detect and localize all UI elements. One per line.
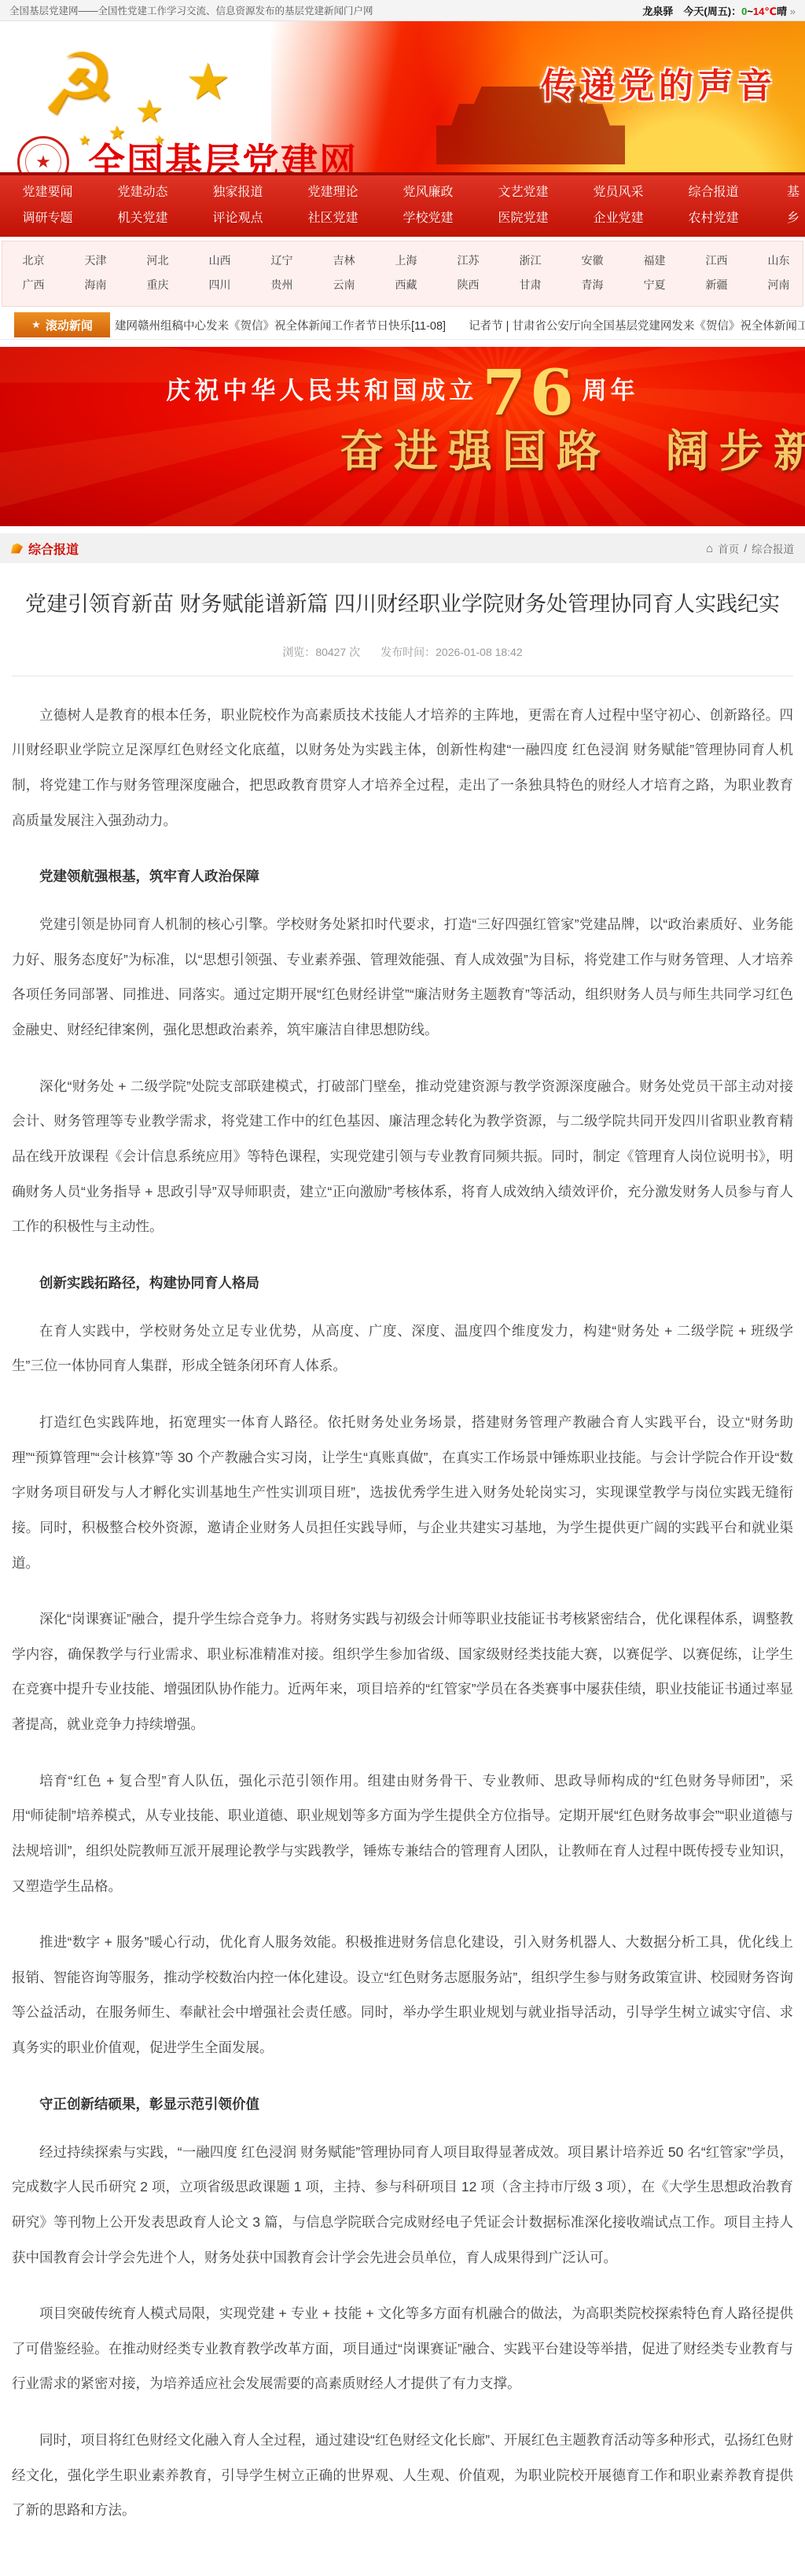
region-link[interactable]: 浙江 bbox=[499, 249, 561, 273]
nav-item[interactable]: 医院党建 bbox=[476, 205, 571, 231]
weather-temp-high: 14℃ bbox=[753, 6, 777, 17]
region-link[interactable]: 青海 bbox=[561, 273, 623, 297]
home-icon: ⌂ bbox=[706, 542, 713, 555]
article-paragraph: 立德树人是教育的根本任务，职业院校作为高素质技术技能人才培养的主阵地，更需在育人… bbox=[12, 698, 793, 838]
site-header: 传递党的声音 ☭ ★ ★ ★ ★ ★ ★ 全国基层党建网 bbox=[0, 21, 805, 172]
article-paragraph: 党建引领是协同育人机制的核心引擎。学校财务处紧扣时代要求，打造“三好四强红管家”… bbox=[12, 907, 793, 1048]
article-paragraph: 深化“财务处 + 二级学院”处院支部联建模式，打破部门壁垒，推动党建资源与教学资… bbox=[12, 1069, 793, 1244]
nav-item[interactable]: 独家报道 bbox=[190, 179, 285, 205]
region-link[interactable]: 吉林 bbox=[313, 249, 375, 273]
region-link[interactable]: 安徽 bbox=[561, 249, 623, 273]
views-unit: 次 bbox=[346, 646, 360, 658]
party-emblem-icon: ★ bbox=[31, 319, 41, 331]
article-container: 党建引领育新苗 财务赋能谱新篇 四川财经职业学院财务处管理协同育人实践纪实 浏览… bbox=[0, 563, 805, 2576]
section-heading: 党建领航强根基，筑牢育人政治保障 bbox=[12, 866, 793, 886]
region-links-panel: 北京天津河北山西辽宁吉林上海江苏浙江安徽福建江西山东 广西海南重庆四川贵州云南西… bbox=[2, 241, 803, 307]
nav-item[interactable]: 企业党建 bbox=[571, 205, 666, 231]
nav-item[interactable]: 社区党建 bbox=[285, 205, 380, 231]
nav-item[interactable]: 农村党建 bbox=[666, 205, 761, 231]
site-logo[interactable]: ☭ ★ ★ ★ ★ ★ ★ 全国基层党建网 bbox=[0, 21, 409, 172]
nav-item[interactable]: 党建动态 bbox=[95, 179, 190, 205]
header-banner-slogan: 传递党的声音 bbox=[541, 57, 777, 108]
site-slogan: 全国基层党建网——全国性党建工作学习交流、信息资源发布的基层党建新闻门户网 bbox=[9, 3, 373, 17]
weather-tilde: ~ bbox=[747, 6, 753, 17]
breadcrumb-separator: / bbox=[744, 543, 747, 555]
article-paragraph: 同时，项目将红色财经文化融入育人全过程，通过建设“红色财经文化长廊”、开展红色主… bbox=[12, 2423, 793, 2528]
nav-row-1: 党建要闻党建动态独家报道党建理论党风廉政文艺党建党员风采综合报道基 bbox=[0, 179, 805, 205]
section-heading: 守正创新结硕果，彰显示范引领价值 bbox=[12, 2094, 793, 2113]
views-count: 80427 bbox=[315, 646, 346, 658]
weather-condition: 晴 bbox=[777, 6, 787, 17]
region-link[interactable]: 云南 bbox=[313, 273, 375, 297]
nav-row-2: 调研专题机关党建评论观点社区党建学校党建医院党建企业党建农村党建乡 bbox=[0, 205, 805, 231]
region-link[interactable]: 贵州 bbox=[251, 273, 313, 297]
region-row-2: 广西海南重庆四川贵州云南西藏陕西甘肃青海宁夏新疆河南 bbox=[2, 273, 803, 297]
article-paragraph: 项目突破传统育人模式局限，实现党建 + 专业 + 技能 + 文化等多方面有机融合… bbox=[12, 2296, 793, 2401]
ticker-headline-link[interactable]: 建网赣州组稿中心发来《贺信》祝全体新闻工作者节日快乐[11-08] 记者节 | … bbox=[110, 317, 805, 334]
nav-item[interactable]: 乡 bbox=[761, 205, 805, 231]
region-link[interactable]: 山东 bbox=[748, 249, 803, 273]
region-link[interactable]: 重庆 bbox=[127, 273, 189, 297]
region-link[interactable]: 陕西 bbox=[437, 273, 499, 297]
region-link[interactable]: 河北 bbox=[127, 249, 189, 273]
article-paragraph: 培育“红色 + 复合型”育人队伍，强化示范引领作用。组建由财务骨干、专业教师、思… bbox=[12, 1763, 793, 1904]
region-row-1: 北京天津河北山西辽宁吉林上海江苏浙江安徽福建江西山东 bbox=[2, 249, 803, 273]
region-link[interactable]: 天津 bbox=[64, 249, 127, 273]
weather-more-arrow-icon[interactable]: » bbox=[790, 6, 796, 17]
ticker-label: 滚动新闻 bbox=[46, 317, 93, 334]
article-meta: 浏览：80427 次发布时间：2026-01-08 18:42 bbox=[12, 644, 793, 660]
breadcrumb-bar: 综合报道 ⌂ 首页 / 综合报道 bbox=[0, 533, 805, 563]
region-link[interactable]: 北京 bbox=[2, 249, 64, 273]
region-link[interactable]: 宁夏 bbox=[623, 273, 686, 297]
star-icon: ★ bbox=[135, 94, 164, 130]
meta-divider bbox=[12, 676, 793, 676]
section-icon bbox=[11, 544, 23, 554]
region-link[interactable]: 江西 bbox=[686, 249, 748, 273]
region-link[interactable]: 甘肃 bbox=[499, 273, 561, 297]
article-paragraph: 深化“岗课赛证”融合，提升学生综合竞争力。将财务实践与初级会计师等职业技能证书考… bbox=[12, 1601, 793, 1742]
article-paragraph: 经过持续探索与实践，“一融四度 红色浸润 财务赋能”管理协同育人项目取得显著成效… bbox=[12, 2135, 793, 2276]
hammer-sickle-icon: ☭ bbox=[41, 35, 117, 135]
article-paragraph: 推进“数字 + 服务”暖心行动，优化育人服务效能。积极推进财务信息化建设，引入财… bbox=[12, 1925, 793, 2066]
breadcrumb-home-link[interactable]: 首页 bbox=[718, 540, 739, 556]
nav-item[interactable]: 评论观点 bbox=[190, 205, 285, 231]
nav-item[interactable]: 党风廉政 bbox=[380, 179, 476, 205]
top-info-bar: 全国基层党建网——全国性党建工作学习交流、信息资源发布的基层党建新闻门户网 龙泉… bbox=[0, 0, 805, 21]
weather-widget[interactable]: 龙泉驿 今天(周五)：0~14℃晴 » bbox=[642, 3, 796, 18]
breadcrumb-current[interactable]: 综合报道 bbox=[752, 540, 794, 556]
star-icon: ★ bbox=[186, 53, 230, 112]
region-link[interactable]: 辽宁 bbox=[251, 249, 313, 273]
region-link[interactable]: 山西 bbox=[189, 249, 251, 273]
region-link[interactable]: 四川 bbox=[189, 273, 251, 297]
nav-item[interactable]: 文艺党建 bbox=[476, 179, 571, 205]
region-link[interactable]: 河南 bbox=[748, 273, 803, 297]
breadcrumb: ⌂ 首页 / 综合报道 bbox=[706, 540, 794, 556]
news-ticker: ★ 滚动新闻 建网赣州组稿中心发来《贺信》祝全体新闻工作者节日快乐[11-08]… bbox=[0, 311, 805, 340]
nav-item[interactable]: 调研专题 bbox=[0, 205, 95, 231]
section-title-group: 综合报道 bbox=[11, 540, 79, 558]
region-link[interactable]: 福建 bbox=[623, 249, 686, 273]
anniversary-banner[interactable]: 庆祝中华人民共和国成立76周年 奋进强国路 阔步新征程 bbox=[0, 347, 805, 526]
section-heading: 创新实践拓路径，构建协同育人格局 bbox=[12, 1273, 793, 1292]
ticker-badge: ★ 滚动新闻 bbox=[14, 312, 110, 337]
article-body: 立德树人是教育的根本任务，职业院校作为高素质技术技能人才培养的主阵地，更需在育人… bbox=[12, 698, 793, 2528]
region-link[interactable]: 海南 bbox=[64, 273, 127, 297]
nav-item[interactable]: 基 bbox=[761, 179, 805, 205]
site-name: 全国基层党建网 bbox=[88, 133, 358, 172]
region-link[interactable]: 上海 bbox=[375, 249, 437, 273]
nav-item[interactable]: 党建理论 bbox=[285, 179, 380, 205]
article-paragraph: 打造红色实践阵地，拓宽理实一体育人路径。依托财务处业务场景，搭建财务管理产教融合… bbox=[12, 1405, 793, 1580]
site-seal-emblem: ★ bbox=[17, 136, 69, 172]
region-link[interactable]: 江苏 bbox=[437, 249, 499, 273]
region-link[interactable]: 新疆 bbox=[686, 273, 748, 297]
views-label: 浏览： bbox=[282, 646, 315, 658]
banner-line2: 奋进强国路 阔步新征程 bbox=[0, 417, 805, 480]
article-paragraph: 在育人实践中，学校财务处立足专业优势，从高度、广度、深度、温度四个维度发力，构建… bbox=[12, 1314, 793, 1384]
publish-time-label: 发布时间： bbox=[380, 646, 436, 658]
banner-line1-suffix: 周年 bbox=[583, 377, 639, 404]
banner-line1: 庆祝中华人民共和国成立76周年 bbox=[0, 347, 805, 406]
region-link[interactable]: 广西 bbox=[2, 273, 64, 297]
publish-time: 2026-01-08 18:42 bbox=[436, 646, 523, 658]
main-navigation: 党建要闻党建动态独家报道党建理论党风廉政文艺党建党员风采综合报道基 调研专题机关… bbox=[0, 172, 805, 237]
nav-item[interactable]: 党员风采 bbox=[571, 179, 666, 205]
article-title: 党建引领育新苗 财务赋能谱新篇 四川财经职业学院财务处管理协同育人实践纪实 bbox=[16, 584, 790, 625]
nav-item[interactable]: 学校党建 bbox=[380, 205, 476, 231]
weather-label: 今天(周五)： bbox=[673, 6, 741, 17]
section-title[interactable]: 综合报道 bbox=[28, 540, 79, 558]
nav-item[interactable]: 党建要闻 bbox=[0, 179, 95, 205]
nav-item[interactable]: 机关党建 bbox=[95, 205, 190, 231]
nav-item[interactable]: 综合报道 bbox=[666, 179, 761, 205]
ticker-viewport: 建网赣州组稿中心发来《贺信》祝全体新闻工作者节日快乐[11-08] 记者节 | … bbox=[110, 317, 805, 334]
banner-line1-prefix: 庆祝中华人民共和国成立 bbox=[166, 377, 477, 404]
weather-city: 龙泉驿 bbox=[642, 6, 673, 17]
region-link[interactable]: 西藏 bbox=[375, 273, 437, 297]
